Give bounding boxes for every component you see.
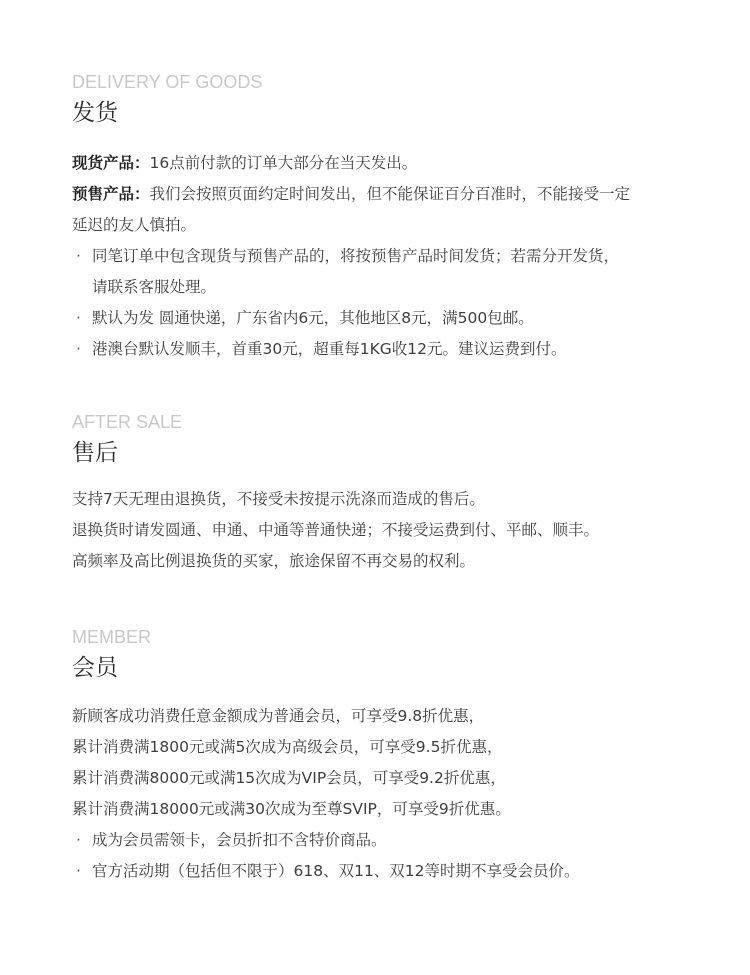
after-sale-line: 高频率及高比例退换货的买家，旅途保留不再交易的权利。 [72,546,712,577]
bullet-icon: · [76,856,81,887]
after-sale-cn-title: 售后 [72,438,712,468]
spot-product-line: 现货产品：16点前付款的订单大部分在当天发出。 [72,148,712,179]
member-section: MEMBER 会员 新顾客成功消费任意金额成为普通会员，可享受9.8折优惠， 累… [72,627,712,887]
after-sale-en-title: AFTER SALE [72,412,712,432]
delivery-cn-title: 发货 [72,98,712,128]
member-tier-line: 累计消费满1800元或满5次成为高级会员，可享受9.5折优惠， [72,732,712,763]
spot-text: 16点前付款的订单大部分在当天发出。 [150,154,418,172]
after-sale-section: AFTER SALE 售后 支持7天无理由退换货，不接受未按提示洗涤而造成的售后… [72,412,712,577]
member-tier-line: 累计消费满8000元或满15次成为VIP会员，可享受9.2折优惠， [72,763,712,794]
after-sale-line: 支持7天无理由退换货，不接受未按提示洗涤而造成的售后。 [72,484,712,515]
list-item: ·同笔订单中包含现货与预售产品的，将按预售产品时间发货；若需分开发货， [72,241,712,272]
member-cn-title: 会员 [72,653,712,683]
presale-product-line: 预售产品：我们会按照页面约定时间发出，但不能保证百分百准时，不能接受一定 [72,179,712,210]
presale-label: 预售产品： [72,185,150,203]
after-sale-line: 退换货时请发圆通、申通、中通等普通快递；不接受运费到付、平邮、顺丰。 [72,515,712,546]
delivery-section: DELIVERY OF GOODS 发货 现货产品：16点前付款的订单大部分在当… [72,72,712,365]
bullet-icon: · [76,334,81,365]
bullet-icon: · [76,303,81,334]
member-tier-line: 累计消费满18000元或满30次成为至尊SVIP，可享受9折优惠。 [72,794,712,825]
presale-text-continued: 延迟的友人慎拍。 [72,210,712,241]
member-tier-line: 新顾客成功消费任意金额成为普通会员，可享受9.8折优惠， [72,701,712,732]
delivery-en-title: DELIVERY OF GOODS [72,72,712,92]
list-item: ·港澳台默认发顺丰，首重30元，超重每1KG收12元。建议运费到付。 [72,334,712,365]
presale-text: 我们会按照页面约定时间发出，但不能保证百分百准时，不能接受一定 [150,185,631,203]
spot-label: 现货产品： [72,154,150,172]
list-item: ·官方活动期（包括但不限于）618、双11、双12等时期不享受会员价。 [72,856,712,887]
bullet-icon: · [76,241,81,272]
list-item: ·成为会员需领卡，会员折扣不含特价商品。 [72,825,712,856]
member-en-title: MEMBER [72,627,712,647]
list-item-continued: 请联系客服处理。 [72,272,712,303]
list-item: ·默认为发 圆通快递，广东省内6元，其他地区8元，满500包邮。 [72,303,712,334]
bullet-icon: · [76,825,81,856]
